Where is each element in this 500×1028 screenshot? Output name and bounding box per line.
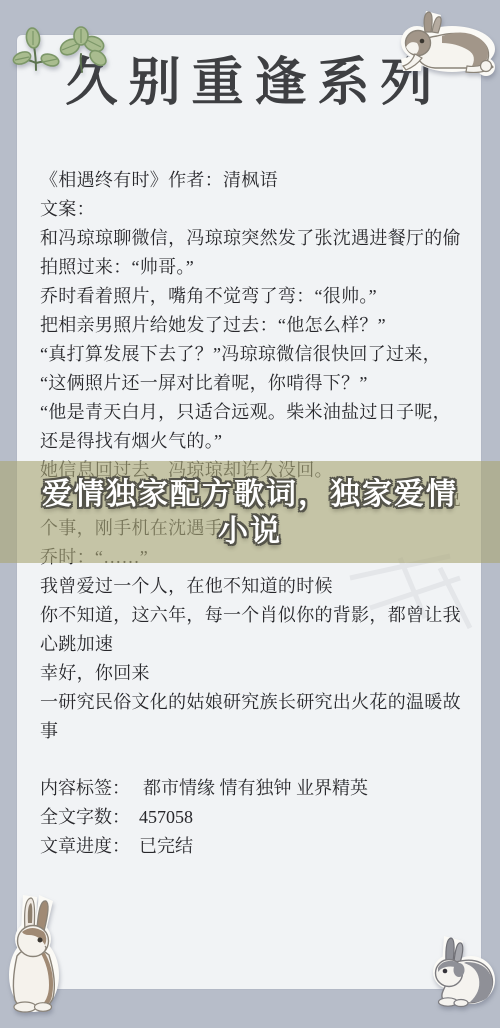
synopsis-line: 事	[40, 717, 466, 746]
content-tags-value: 都市情缘 情有独钟 业界精英	[143, 778, 368, 798]
overlay-caption-line2: 小说	[0, 513, 500, 550]
synopsis-line: 我曾爱过一个人，在他不知道的时候	[40, 572, 466, 601]
word-count-row: 全文字数：457058	[40, 803, 466, 832]
rabbit-crouching-icon	[430, 935, 496, 1008]
content-tags-label: 内容标签：	[40, 778, 130, 798]
synopsis-line: 心跳加速	[40, 630, 466, 659]
book-title-author: 《相遇终有时》作者：清枫语	[40, 166, 466, 195]
synopsis-line: “真打算发展下去了？”冯琼琼微信很快回了过来，	[40, 340, 466, 369]
meta-block: 内容标签：都市情缘 情有独钟 业界精英 全文字数：457058 文章进度：已完结	[40, 774, 466, 861]
progress-label: 文章进度：	[40, 836, 130, 856]
content-tags-row: 内容标签：都市情缘 情有独钟 业界精英	[40, 774, 466, 803]
overlay-caption: 爱情独家配方歌词，独家爱情 小说	[0, 476, 500, 550]
synopsis-line: 把相亲男照片给她发了过去：“他怎么样？”	[40, 311, 466, 340]
rabbit-sitting-icon	[5, 893, 63, 1015]
synopsis-line: 和冯琼琼聊微信，冯琼琼突然发了张沈遇进餐厅的偷	[40, 224, 466, 253]
word-count-value: 457058	[139, 807, 193, 827]
rabbit-leaping-icon	[397, 9, 497, 77]
synopsis-line: 一研究民俗文化的姑娘研究族长研究出火花的温暖故	[40, 688, 466, 717]
synopsis-line: 拍照过来：“帅哥。”	[40, 253, 466, 282]
progress-row: 文章进度：已完结	[40, 832, 466, 861]
progress-value: 已完结	[139, 836, 193, 856]
body-text: 《相遇终有时》作者：清枫语 文案： 和冯琼琼聊微信，冯琼琼突然发了张沈遇进餐厅的…	[40, 166, 466, 746]
promo-image: 久别重逢系列 《相遇终有时》作者：清枫语 文案： 和冯琼琼聊微信，冯琼琼突然发了…	[0, 0, 500, 1028]
plant-sprigs-icon	[6, 18, 118, 74]
word-count-label: 全文字数：	[40, 807, 130, 827]
synopsis-line: 幸好，你回来	[40, 659, 466, 688]
synopsis-line: 乔时看着照片，嘴角不觉弯了弯：“很帅。”	[40, 282, 466, 311]
synopsis-line: “他是青天白月，只适合远观。柴米油盐过日子呢，	[40, 398, 466, 427]
synopsis-line: “这俩照片还一屏对比着呢，你啃得下？”	[40, 369, 466, 398]
synopsis-line: 你不知道，这六年，每一个肖似你的背影，都曾让我	[40, 601, 466, 630]
overlay-caption-line1: 爱情独家配方歌词，独家爱情	[0, 476, 500, 513]
caption-label: 文案：	[40, 195, 466, 224]
synopsis-line: 还是得找有烟火气的。”	[40, 427, 466, 456]
